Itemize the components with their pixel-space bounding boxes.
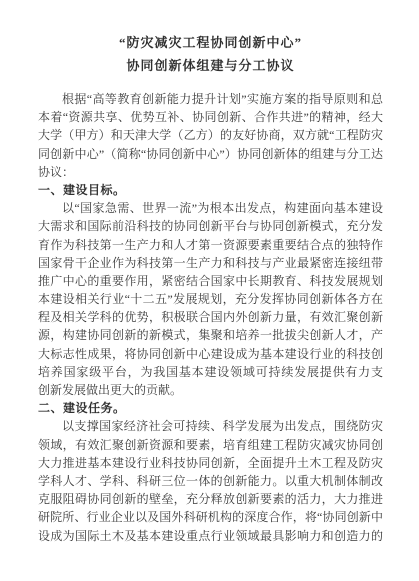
text-line: 创新发展做出更大的贡献。 <box>38 381 383 399</box>
document-body: 根据“高等教育创新能力提升计划”实施方案的指导原则和总体要求， 本着“资源共享、… <box>38 90 383 545</box>
document-title: “防灾减灾工程协同创新中心” 协同创新体组建与分工协议 <box>38 31 383 77</box>
paragraph-2: 以“国家急需、世界一流”为根本出发点，构建面向基本建设行业重 大需求和国际前沿科… <box>38 199 383 399</box>
text-line: 同创新中心”（简称“协同创新中心”）协同创新体的组建与分工达成如下 <box>38 145 383 163</box>
text-line: 本着“资源共享、优势互补、协同创新、合作共进”的精神，经大连理工 <box>38 108 383 126</box>
text-line: 以“国家急需、世界一流”为根本出发点，构建面向基本建设行业重 <box>38 199 383 217</box>
text-line: 学科人才、学科、科研三位一体的创新能力。以重大机制体制改革为突破， <box>38 472 383 490</box>
text-line: 本建设相关行业“十二五”发展规划，充分发挥协同创新体各方在土木工 <box>38 290 383 308</box>
paragraph-1: 根据“高等教育创新能力提升计划”实施方案的指导原则和总体要求， 本着“资源共享、… <box>38 90 383 181</box>
text-line: 程及相关学科的优势，积极联合国内外创新力量，有效汇聚创新要素和资 <box>38 308 383 326</box>
title-line-1: “防灾减灾工程协同创新中心” <box>38 31 383 54</box>
section-heading-1: 一、建设目标。 <box>38 181 383 199</box>
text-line: 大标志性成果，将协同创新中心建设成为基本建设行业的科技创新和人才 <box>38 345 383 363</box>
text-line: 源，构建协同创新的新模式，集聚和培养一批拔尖创新人才，产出一批重 <box>38 326 383 344</box>
text-line: 协议： <box>38 163 383 181</box>
section-heading-2: 二、建设任务。 <box>38 399 383 417</box>
text-line: 大学（甲方）和天津大学（乙方）的友好协商，双方就“工程防灾减灾协 <box>38 126 383 144</box>
paragraph-3: 以支撑国家经济社会可持续、科学发展为出发点，围绕防灾减灾工程 领域，有效汇聚创新… <box>38 417 383 544</box>
text-line: 领域，有效汇聚创新资源和要素，培育组建工程防灾减灾协同创新中心， <box>38 436 383 454</box>
title-line-2: 协同创新体组建与分工协议 <box>38 54 383 77</box>
text-line: 大需求和国际前沿科技的协同创新平台与协同创新模式，充分发挥高等教 <box>38 217 383 235</box>
text-line: 大力推进基本建设行业科技协同创新，全面提升土木工程及防灾减灾相关 <box>38 454 383 472</box>
text-line: 推广中心的重要作用，紧密结合国家中长期教育、科技发展规划纲要和基 <box>38 272 383 290</box>
text-line: 研院所、行业企业以及国外科研机构的深度合作，将“协同创新中心”建 <box>38 508 383 526</box>
text-line: 设成为国际土木及基本建设重点行业领域最具影响力和创造力的科学研 <box>38 527 383 545</box>
text-line: 克服阻碍协同创新的壁垒，充分释放创新要素的活力，大力推进高校、科 <box>38 490 383 508</box>
text-line: 育作为科技第一生产力和人才第一资源要素重要结合点的独特作用，以及 <box>38 236 383 254</box>
text-line: 以支撑国家经济社会可持续、科学发展为出发点，围绕防灾减灾工程 <box>38 417 383 435</box>
text-line: 根据“高等教育创新能力提升计划”实施方案的指导原则和总体要求， <box>38 90 383 108</box>
text-line: 培养国家级平台，为我国基本建设领域可持续发展提供有力支撑，为国家 <box>38 363 383 381</box>
document-page: “防灾减灾工程协同创新中心” 协同创新体组建与分工协议 根据“高等教育创新能力提… <box>0 0 419 581</box>
text-line: 国家骨干企业作为科技第一生产力和科技与产业最紧密连接纽带和研发 <box>38 254 383 272</box>
